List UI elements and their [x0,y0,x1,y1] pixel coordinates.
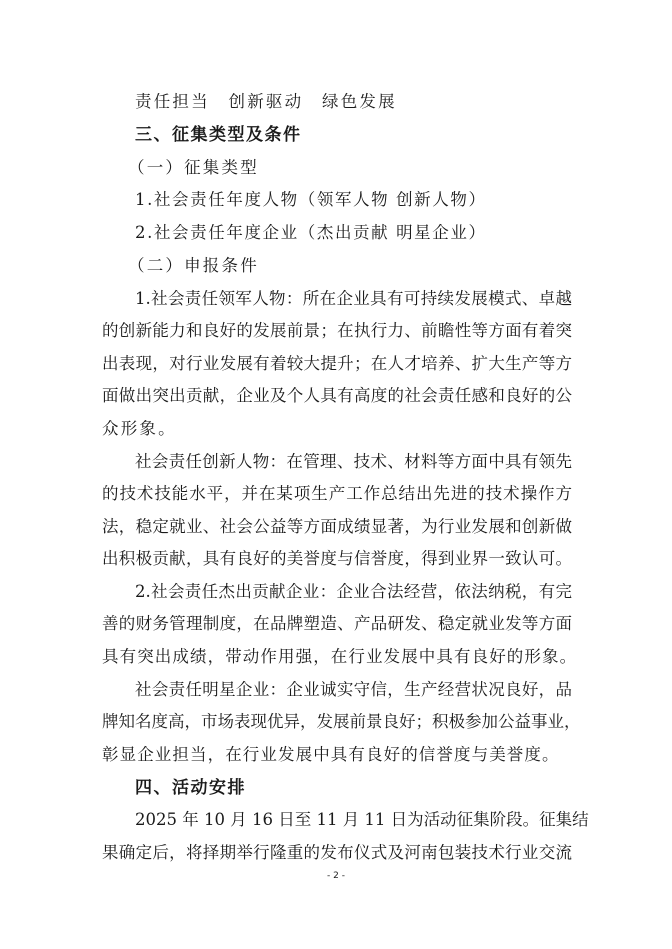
paragraph-line: 彰显企业担当，在行业发展中具有良好的信誉度与美誉度。 [102,745,552,765]
paragraph-line: 社会责任创新人物：在管理、技术、材料等方面中具有领先 [135,452,572,472]
paragraph-line: 出积极贡献，具有良好的美誉度与信誉度，得到业界一致认可。 [102,549,572,569]
paragraph-line: 2025 年 10 月 16 日至 11 月 11 日为活动征集阶段。征集结 [135,810,572,830]
type-item-1: 1.社会责任年度人物（领军人物 创新人物） [135,190,572,210]
subsection-1-heading: （一）征集类型 [128,158,598,178]
paragraph-line: 1.社会责任领军人物：所在企业具有可持续发展模式、卓越 [135,289,572,309]
paragraph-line: 2.社会责任杰出贡献企业：企业合法经营，依法纳税，有完 [135,582,572,602]
type-item-2: 2.社会责任年度企业（杰出贡献 明星企业） [135,223,572,243]
paragraph-line: 具有突出成绩，带动作用强，在行业发展中具有良好的形象。 [102,647,552,667]
paragraph-line: 果确定后，将择期举行隆重的发布仪式及河南包装技术行业交流 [102,843,572,863]
page-number: - 2 - [0,871,672,881]
paragraph-line: 社会责任明星企业：企业诚实守信，生产经营状况良好，品 [135,680,572,700]
paragraph-line: 的技术技能水平，并在某项生产工作总结出先进的技术操作方 [102,484,572,504]
section-3-heading: 三、征集类型及条件 [135,125,605,145]
paragraph-line: 面做出突出贡献，企业及个人具有高度的社会责任感和良好的公 [102,386,572,406]
motto-line: 责任担当 创新驱动 绿色发展 [135,92,572,112]
paragraph-line: 善的财务管理制度，在品牌塑造、产品研发、稳定就业发等方面 [102,614,572,634]
paragraph-line: 众形象。 [102,419,572,439]
section-4-heading: 四、活动安排 [135,778,605,798]
paragraph-line: 的创新能力和良好的发展前景；在执行力、前瞻性等方面有着突 [102,321,572,341]
paragraph-line: 牌知名度高，市场表现优异，发展前景良好；积极参加公益事业， [102,712,572,732]
subsection-2-heading: （二）申报条件 [128,256,598,276]
document-page: 责任担当 创新驱动 绿色发展 三、征集类型及条件 （一）征集类型 1.社会责任年… [0,0,672,949]
paragraph-line: 法，稳定就业、社会公益等方面成绩显著，为行业发展和创新做 [102,517,572,537]
paragraph-line: 出表现，对行业发展有着较大提升；在人才培养、扩大生产等方 [102,354,572,374]
